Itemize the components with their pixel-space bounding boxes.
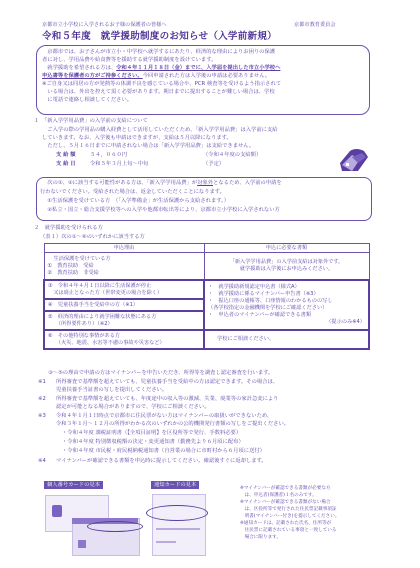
col-header-docs: 申込に必要な書類 [204,244,369,253]
notice-line-3: ①生活保護を受けている方 （「入学準備金」が生活保護から支給されます。） [42,198,229,205]
note-mark-3: ※3 [38,413,46,420]
note-3-doc-1: ・令和４年度 課税証明書（【全項目証明】を区役所等で発行、手数料必要） [62,430,241,437]
note-2-line-1: 所得審査で基準額を超えていても、年度途中の収入等の激減、失業、廃業等の家計急変に… [56,396,278,403]
card2-caption: 通知カードの見本 [151,481,199,489]
required-docs-cell: ・ 就学援助新規認定申込書（様式A） ・ 就学援助に係るマイナンバー申告書（※3… [204,280,369,330]
section1-line-1: ご入学の際の学用品の購入経費として活用していただくため、「新入学学用品費」は入学… [42,127,278,134]
notice-line-4: ②私立・国立・総合支援学校等への入学や他都市転出等により、京都市立小学校に入学さ… [42,207,280,214]
side-note-1: ※マイナンバーが確認できる書類が必要な方 [240,485,331,492]
deadline: 令和４年１１月１８日（金）までに、入学届を提出した市立小学校へ [116,65,280,71]
side-note-2: は、申込者(保護者)１名のみです。 [240,492,317,499]
intro-line-1: 京都市では、お子さんが市立小・中学校へ就学するにあたり、経済的な理由によりお困り… [42,49,275,56]
issuer: 京都市教育委員会 [294,22,336,29]
note-4-line-1: マイナンバーが確認できる書類を申込時に提示してください。確認後すぐに返却します。 [56,458,267,465]
intro-line-3: 就学援助を希望される方は、令和４年１１月１８日（金）までに、入学届を提出した市立… [42,65,280,72]
section2-heading: ２ 就学援助を受けられる方 [34,225,103,232]
notice-line-2: 行わないでください。受給された場合は、返金していただくことになります。 [40,189,225,196]
side-note-6: ※通知カードは、記載された氏名、住所等が [240,520,331,527]
side-note-7: 住民票に記載されている事項と一致している [240,527,336,534]
table-row: ③ 令和４年４月１日以降に生活保護が停止 又は廃止となった方（世帯変更の場合を除… [44,280,369,299]
side-note-4: は、区役所等で発行された住民票記載事項証 [240,506,336,513]
section1-line-2: していきます。なお、入学後も申請はできますが、支給は５月以降になります。 [42,135,232,142]
amount-value: ５４，０６０円 [90,152,127,159]
note-mark-4: ※4 [38,458,46,465]
side-note-5: 明書(マイナンバー付き)を提示してください。 [240,513,339,520]
eligibility-table: 申込理由 申込に必要な書類 生活保護を受けている方 ① 教育扶助 受給 ② 教育… [43,243,370,350]
note-3-doc-3: ・令和４年度 市民税・府民税納税通知書（自営業の場合に市町村から６月頃に送付） [62,448,265,455]
page-title: 令和５年度 就学援助制度のお知らせ（入学前新規） [42,31,277,43]
excluded-mark: 対象外 [197,180,213,186]
amount-label: 支 給 額 [56,152,76,159]
date-value: 令和５年３月上旬～中旬 [90,161,148,168]
table-caption: （表１）次の①～⑥のいずれかに該当する方 [40,234,145,241]
audience-line: 京都市立小学校に入学されるお子様の保護者の皆様へ [42,22,167,29]
note-1-line-1: 所得審査で基準額を超えていても、児童扶養手当を受給中の方は認定できます。その場合… [56,379,278,386]
notice-page: 京都市立小学校に入学されるお子様の保護者の皆様へ 京都市教育委員会 令和５年度 … [0,0,420,568]
intro-line-2: 者に対し、学用品費や給食費等を援助する就学援助制度を設けています。 [42,57,216,64]
intro-line-5: ※ご自身又は同居の方が発熱等の体調不良を感じている場合や、PCR 検査等を受ける… [42,81,281,88]
section1-heading: １ 「新入学学用品費」の入学前の支給について [34,118,148,125]
side-note-8: 場合に限ります。 [240,534,281,541]
note-mark-2: ※2 [38,396,46,403]
side-note-3: ※マイナンバーが確認できる書類がない場合 [240,499,331,506]
intro-line-6: いる場合は、外出を控えて頂く必要があります。期日までに提出することが難しい場合は… [42,89,275,96]
col-header-reason: 申込理由 [44,244,204,253]
note-3-doc-2: ・令和４年度 特別徴収税額の決定・変更通知書（勤務先より６月頃に配布） [62,439,244,446]
card1-caption: 個人番号カードの見本 [44,481,103,489]
table-row: 生活保護を受けている方 ① 教育扶助 受給 ② 教育扶助 非受給 「新入学学用品… [44,253,369,281]
date-note: （予定） [203,161,224,168]
note-3-line-1: 令和４年１月１日時点で京都市に住民票がない方はマイナンバーの取扱いができないため… [56,413,272,420]
table-row: ⑥ その他特別な事情がある方 （火災、地震、水害等不慮の事故や災害など） 学校に… [44,330,369,349]
school-bag-icon [332,145,372,175]
notice-line-1: 次の①、②に該当する可能性がある方は、「新入学学用品費」が対象外となるため、入学… [42,180,282,187]
note-2-line-2: 認定が可能となる場合がありますので、学校にご相談ください。 [56,404,210,411]
section1-line-3: ただし、５月１６日までに申請されない場合は「新入学学用品費」は支給できません。 [42,143,254,150]
note-mark-1: ※1 [38,379,46,386]
amount-note: （令和４年度の支給額） [203,152,261,159]
intro-line-7: に電話で連絡し相談してください。 [42,97,132,104]
notes-lead: ③～⑤の理由で申請の方はマイナンバーを申告いただき、所得等を調査し認定審査を行い… [48,370,273,377]
note-3-line-2: 令和３年１月～１２月の所得がわかる次のいずれかの公的機関発行書類の写しをご提出く… [56,421,289,428]
date-label: 支 給 日 [56,161,76,168]
intro-line-4: 申込書等を保護者の方がご持参ください。今回申請された方は入学後の申請は必要ありま… [42,73,270,80]
note-1-line-2: 児童扶養手当証書の写しを提出してください。 [56,387,167,394]
